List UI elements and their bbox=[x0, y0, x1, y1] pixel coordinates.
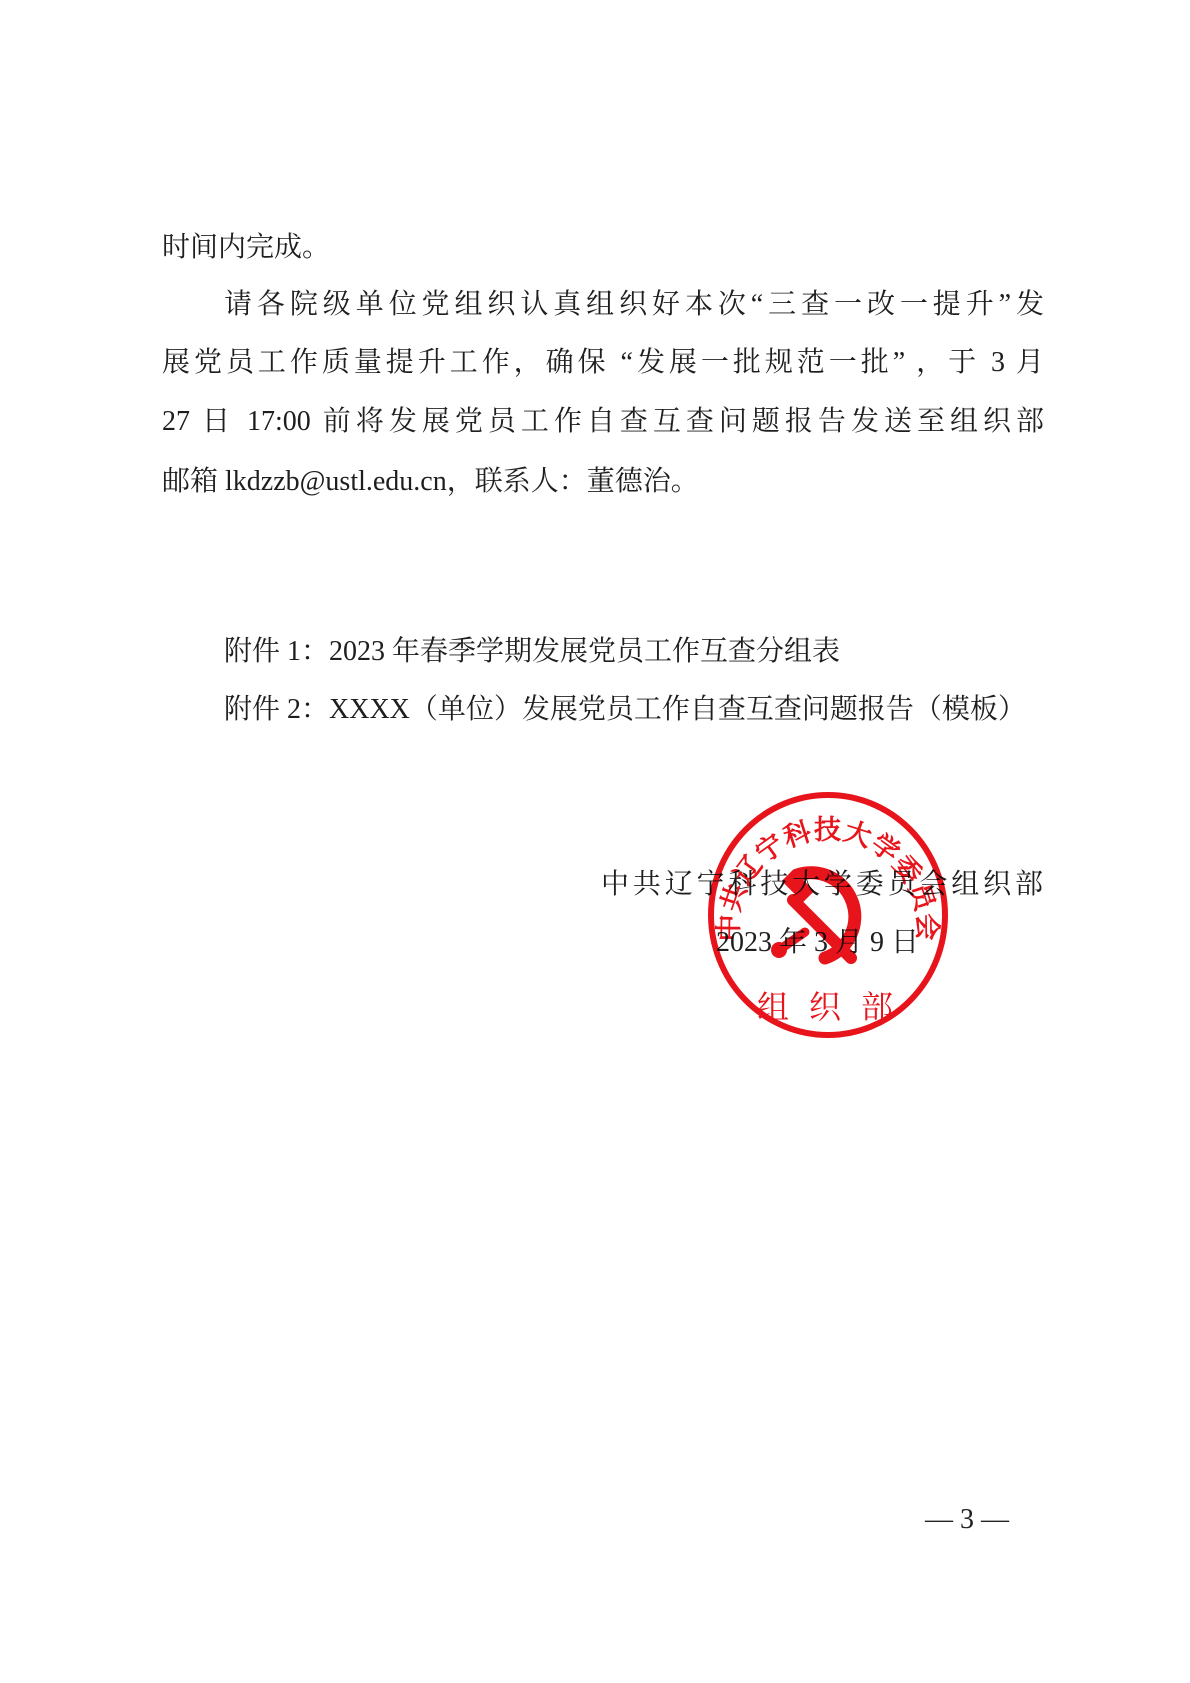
body-line-1: 时间内完成。 bbox=[162, 231, 330, 265]
hammer-and-sickle-icon bbox=[771, 870, 855, 958]
page-number: — 3 — bbox=[915, 1503, 1019, 1537]
official-seal: 中共辽宁科技大学委员会 组 织 部 bbox=[705, 790, 951, 1040]
document-page: 时间内完成。 请各院级单位党组织认真组织好本次“三查一改一提升”发 展党员工作质… bbox=[0, 0, 1190, 1683]
body-line-5-contact: 邮箱 lkdzzb@ustl.edu.cn，联系人：董德治。 bbox=[162, 465, 699, 499]
body-line-2: 请各院级单位党组织认真组织好本次“三查一改一提升”发 bbox=[224, 288, 1044, 322]
body-line-3: 展党员工作质量提升工作，确保 “发展一批规范一批” ，于 3 月 bbox=[162, 346, 1044, 380]
attachment-2: 附件 2：XXXX（单位）发展党员工作自查互查问题报告（模板） bbox=[224, 693, 1026, 727]
body-line-4: 27 日 17:00 前将发展党员工作自查互查问题报告发送至组织部 bbox=[162, 405, 1044, 439]
attachment-1: 附件 1：2023 年春季学期发展党员工作互查分组表 bbox=[224, 635, 840, 669]
seal-bottom-text: 组 织 部 bbox=[757, 989, 899, 1025]
